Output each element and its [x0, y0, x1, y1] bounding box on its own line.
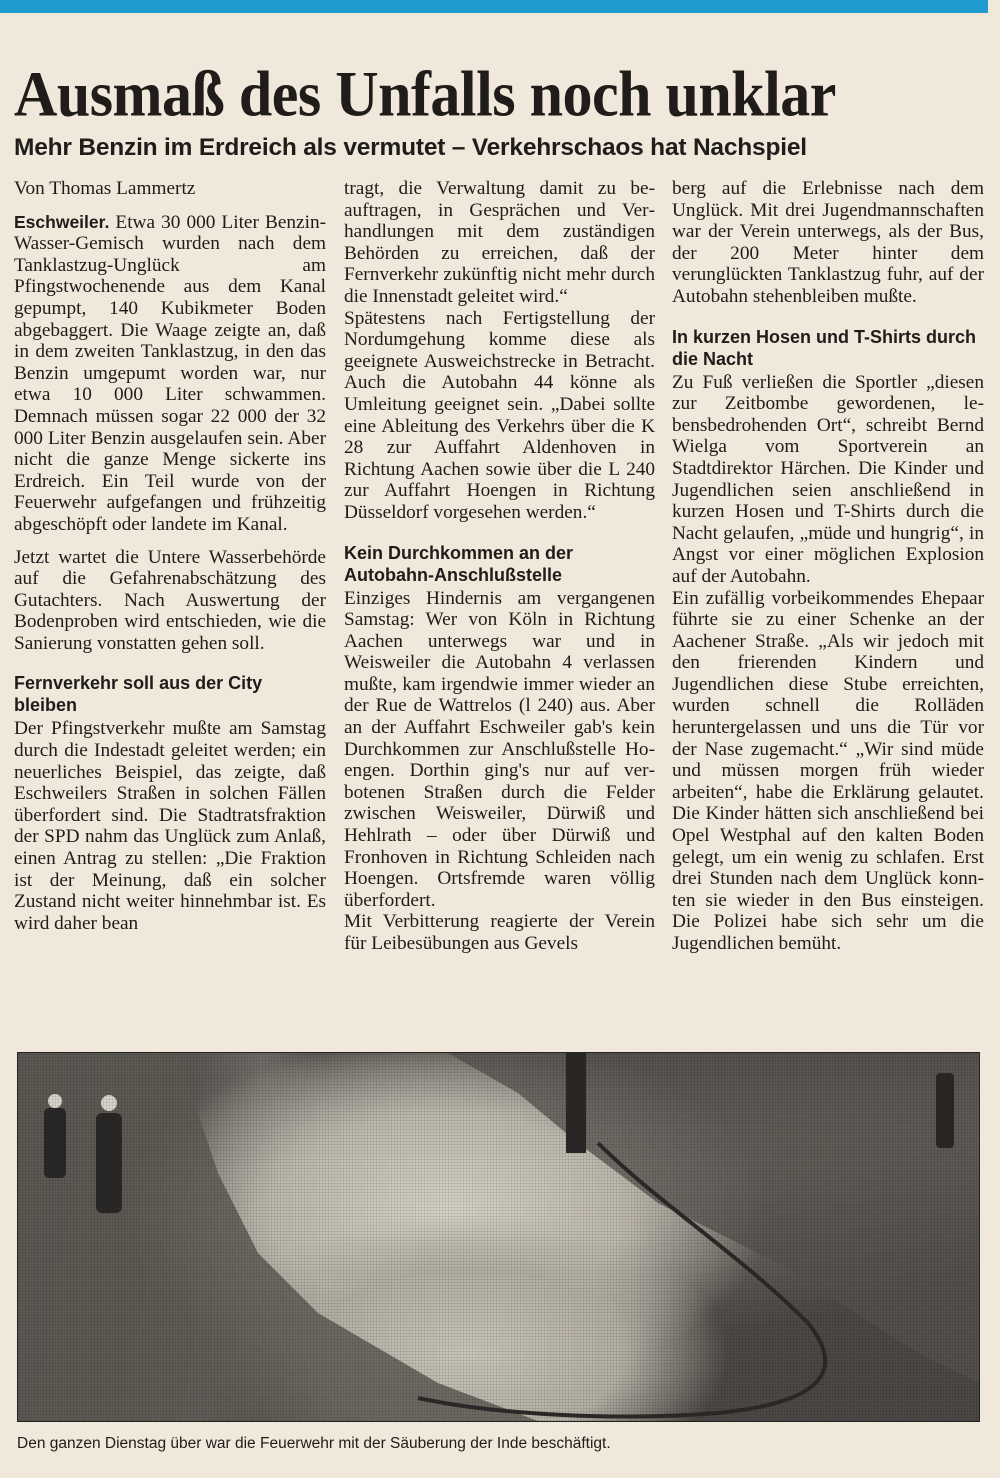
headline: Ausmaß des Unfalls noch unklar	[14, 56, 974, 132]
paragraph-1-text: Etwa 30 000 Liter Ben­zin-Wasser-Gemisch…	[14, 212, 326, 535]
article-column-2: tragt, die Verwaltung damit zu be­auftra…	[344, 178, 655, 955]
dateline: Eschweiler.	[14, 212, 109, 232]
paragraph-6: Mit Verbitterung reagierte der Ver­ein f…	[344, 911, 655, 954]
photo-caption: Den ganzen Dienstag über war die Feuerwe…	[17, 1434, 977, 1454]
subhead-fernverkehr: Fernverkehr soll aus der City bleiben	[14, 672, 326, 716]
paragraph-2: Jetzt wartet die Untere Wasserbe­hörde a…	[14, 547, 326, 655]
paragraph-7: Zu Fuß verließen die Sportler „die­sen z…	[672, 372, 984, 588]
subhead-hosen: In kurzen Hosen und T-Shirts durch die N…	[672, 326, 984, 370]
paragraph-8: Ein zufällig vorbeikommendes Ehepaar füh…	[672, 588, 984, 955]
paragraph-1: Eschweiler. Etwa 30 000 Liter Ben­zin-Wa…	[14, 212, 326, 536]
subhead-durchkommen: Kein Durchkommen an der Autobahn-Anschlu…	[344, 542, 655, 586]
article-photo	[17, 1052, 980, 1422]
subheadline: Mehr Benzin im Erdreich als vermutet – V…	[14, 131, 984, 165]
byline: Von Thomas Lammertz	[14, 178, 326, 200]
river-hose-illustration	[18, 1053, 979, 1421]
paragraph-4: Spätestens nach Fertigstellung der Nordu…	[344, 308, 655, 524]
paragraph-3: Der Pfingstverkehr mußte am Samstag durc…	[14, 718, 326, 934]
article-column-3: berg auf die Erlebnisse nach dem Unglück…	[672, 178, 984, 955]
paragraph-3-continued: tragt, die Verwaltung damit zu be­auftra…	[344, 178, 655, 308]
paragraph-5: Einziges Hindernis am vergange­nen Samst…	[344, 588, 655, 912]
article-column-1: Von Thomas Lammertz Eschweiler. Etwa 30 …	[14, 178, 326, 934]
paragraph-6-continued: berg auf die Erlebnisse nach dem Unglück…	[672, 178, 984, 308]
top-color-strip	[0, 0, 988, 13]
